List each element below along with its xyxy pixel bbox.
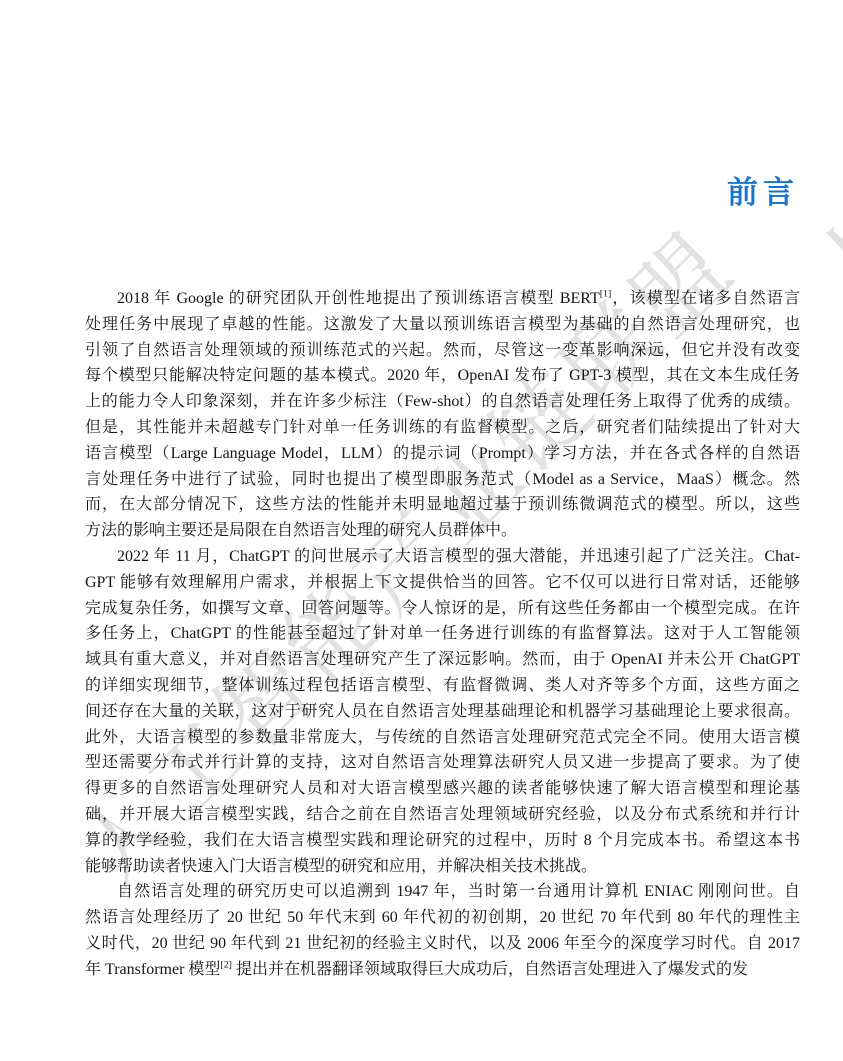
citation-ref: [1] — [600, 289, 612, 300]
text-line: GPT 能够有效理解用户需求，并根据上下文提供恰当的回答。它不仅可以进行日常对话… — [85, 570, 800, 596]
page-body: 2018 年 Google 的研究团队开创性地提出了预训练语言模型 BERT[1… — [85, 286, 800, 983]
text-line: 2022 年 11 月，ChatGPT 的问世展示了大语言模型的强大潜能，并迅速… — [85, 544, 800, 570]
text-line: 但是，其性能并未超越专门针对单一任务训练的有监督模型。之后，研究者们陆续提出了针… — [85, 415, 800, 441]
text-line: 间还存在大量的关联，这对于研究人员在自然语言处理基础理论和机器学习基础理论上要求… — [85, 699, 800, 725]
text-line: 而，在大部分情况下，这些方法的性能并未明显地超过基于预训练微调范式的模型。所以，… — [85, 492, 800, 518]
text-line: 语言模型（Large Language Model，LLM）的提示词（Promp… — [85, 441, 800, 467]
paragraph: 2018 年 Google 的研究团队开创性地提出了预训练语言模型 BERT[1… — [85, 286, 800, 544]
text-line: 础，并开展大语言模型实践，结合之前在自然语言处理领域研究经验，以及分布式系统和并… — [85, 802, 800, 828]
text-line: 自然语言处理的研究历史可以追溯到 1947 年，当时第一台通用计算机 ENIAC… — [85, 879, 800, 905]
text-line: 得更多的自然语言处理研究人员和对大语言模型感兴趣的读者能够快速了解大语言模型和理… — [85, 776, 800, 802]
text-line: 型还需要分布式并行计算的支持，这对自然语言处理算法研究人员又进一步提高了要求。为… — [85, 750, 800, 776]
document-page: 人工智能产业链联盟 人工智能产业链联盟 前言 2018 年 Google 的研究… — [0, 0, 843, 1061]
text-line: 此外，大语言模型的参数量非常庞大，与传统的自然语言处理研究范式完全不同。使用大语… — [85, 725, 800, 751]
text-line: 的详细实现细节，整体训练过程包括语言模型、有监督微调、类人对齐等多个方面，这些方… — [85, 673, 800, 699]
text-line: 引领了自然语言处理领域的预训练范式的兴起。然而，尽管这一变革影响深远，但它并没有… — [85, 338, 800, 364]
text-line: 完成复杂任务，如撰写文章、回答问题等。令人惊讶的是，所有这些任务都由一个模型完成… — [85, 596, 800, 622]
text-line: 处理任务中展现了卓越的性能。这激发了大量以预训练语言模型为基础的自然语言处理研究… — [85, 312, 800, 338]
text-line: 能够帮助读者快速入门大语言模型的研究和应用，并解决相关技术挑战。 — [85, 854, 800, 880]
text-line: 2018 年 Google 的研究团队开创性地提出了预训练语言模型 BERT[1… — [85, 286, 800, 312]
text-line: 方法的影响主要还是局限在自然语言处理的研究人员群体中。 — [85, 518, 800, 544]
preface-heading: 前言 — [727, 177, 799, 208]
text-line: 义时代，20 世纪 90 年代到 21 世纪初的经验主义时代，以及 2006 年… — [85, 931, 800, 957]
paragraph: 2022 年 11 月，ChatGPT 的问世展示了大语言模型的强大潜能，并迅速… — [85, 544, 800, 879]
watermark-partial: 人工智能产业链联盟 — [776, 0, 843, 334]
citation-ref: [2] — [220, 959, 232, 970]
text-line: 算的教学经验，我们在大语言模型实践和理论研究的过程中，历时 8 个月完成本书。希… — [85, 828, 800, 854]
text-line: 域具有重大意义，并对自然语言处理研究产生了深远影响。然而，由于 OpenAI 并… — [85, 647, 800, 673]
text-line: 年 Transformer 模型[2] 提出并在机器翻译领域取得巨大成功后，自然… — [85, 957, 800, 983]
text-line: 言处理任务中进行了试验，同时也提出了模型即服务范式（Model as a Ser… — [85, 467, 800, 493]
text-line: 上的能力令人印象深刻，并在许多少标注（Few-shot）的自然语言处理任务上取得… — [85, 389, 800, 415]
text-line: 每个模型只能解决特定问题的基本模式。2020 年，OpenAI 发布了 GPT-… — [85, 363, 800, 389]
text-line: 多任务上，ChatGPT 的性能甚至超过了针对单一任务进行训练的有监督算法。这对… — [85, 621, 800, 647]
text-line: 然语言处理经历了 20 世纪 50 年代末到 60 年代初的初创期，20 世纪 … — [85, 905, 800, 931]
paragraph: 自然语言处理的研究历史可以追溯到 1947 年，当时第一台通用计算机 ENIAC… — [85, 879, 800, 982]
